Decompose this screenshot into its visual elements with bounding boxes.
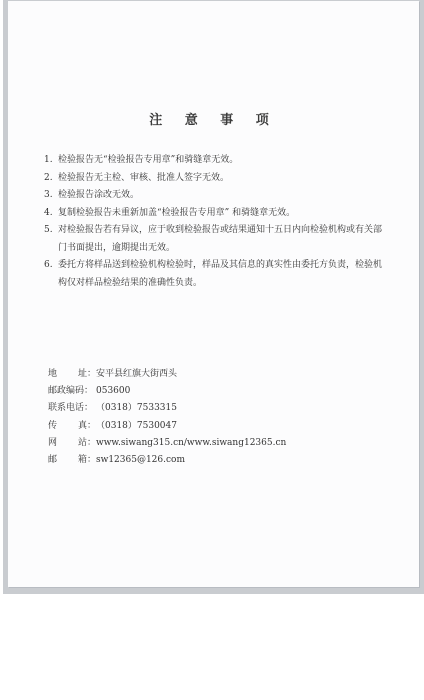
note-text: 检验报告涂改无效。 — [58, 187, 384, 205]
document-page: 注 意 事 项 1.检验报告无“检验报告专用章”和骑缝章无效。 2.检验报告无主… — [8, 1, 419, 587]
contact-info: 地址：安平县红旗大街西头 邮政编码：053600 联系电话：（0318）7533… — [48, 366, 286, 469]
label: 联系电话： — [48, 400, 96, 417]
note-text: 检验报告无“检验报告专用章”和骑缝章无效。 — [58, 152, 384, 170]
website-value: www.siwang315.cn/www.siwang12365.cn — [96, 435, 286, 452]
note-item: 6.委托方将样品送到检验机构检验时，样品及其信息的真实性由委托方负责，检验机构仅… — [44, 257, 384, 292]
note-number: 5. — [44, 222, 58, 257]
note-text: 委托方将样品送到检验机构检验时，样品及其信息的真实性由委托方负责，检验机构仅对样… — [58, 257, 384, 292]
notes-list: 1.检验报告无“检验报告专用章”和骑缝章无效。 2.检验报告无主检、审核、批准人… — [44, 152, 384, 292]
note-text: 对检验报告若有异议，应于收到检验报告或结果通知十五日内向检验机构或有关部门书面提… — [58, 222, 384, 257]
address-value: 安平县红旗大街西头 — [96, 366, 177, 383]
address-row: 地址：安平县红旗大街西头 — [48, 366, 286, 383]
note-number: 1. — [44, 152, 58, 170]
note-text: 复制检验报告未重新加盖“检验报告专用章” 和骑缝章无效。 — [58, 205, 384, 223]
phone-value: （0318）7533315 — [96, 400, 177, 417]
note-number: 4. — [44, 205, 58, 223]
note-number: 3. — [44, 187, 58, 205]
website-row: 网站：www.siwang315.cn/www.siwang12365.cn — [48, 435, 286, 452]
fax-value: （0318）7530047 — [96, 418, 177, 435]
phone-row: 联系电话：（0318）7533315 — [48, 400, 286, 417]
fax-row: 传真：（0318）7530047 — [48, 418, 286, 435]
label: 址： — [78, 366, 96, 383]
email-row: 邮箱：sw12365@126.com — [48, 452, 286, 469]
label: 箱： — [78, 452, 96, 469]
label: 邮政编码： — [48, 383, 96, 400]
postcode-row: 邮政编码：053600 — [48, 383, 286, 400]
label: 网 — [48, 435, 57, 452]
label: 真： — [78, 418, 96, 435]
label: 地 — [48, 366, 57, 383]
note-item: 2.检验报告无主检、审核、批准人签字无效。 — [44, 170, 384, 188]
note-item: 4.复制检验报告未重新加盖“检验报告专用章” 和骑缝章无效。 — [44, 205, 384, 223]
email-value: sw12365@126.com — [96, 452, 185, 469]
note-number: 2. — [44, 170, 58, 188]
note-item: 5.对检验报告若有异议，应于收到检验报告或结果通知十五日内向检验机构或有关部门书… — [44, 222, 384, 257]
label: 站： — [78, 435, 96, 452]
note-number: 6. — [44, 257, 58, 292]
page-title: 注 意 事 项 — [8, 109, 419, 128]
label: 传 — [48, 418, 57, 435]
postcode-value: 053600 — [96, 383, 130, 400]
note-item: 3.检验报告涂改无效。 — [44, 187, 384, 205]
label: 邮 — [48, 452, 57, 469]
note-item: 1.检验报告无“检验报告专用章”和骑缝章无效。 — [44, 152, 384, 170]
note-text: 检验报告无主检、审核、批准人签字无效。 — [58, 170, 384, 188]
